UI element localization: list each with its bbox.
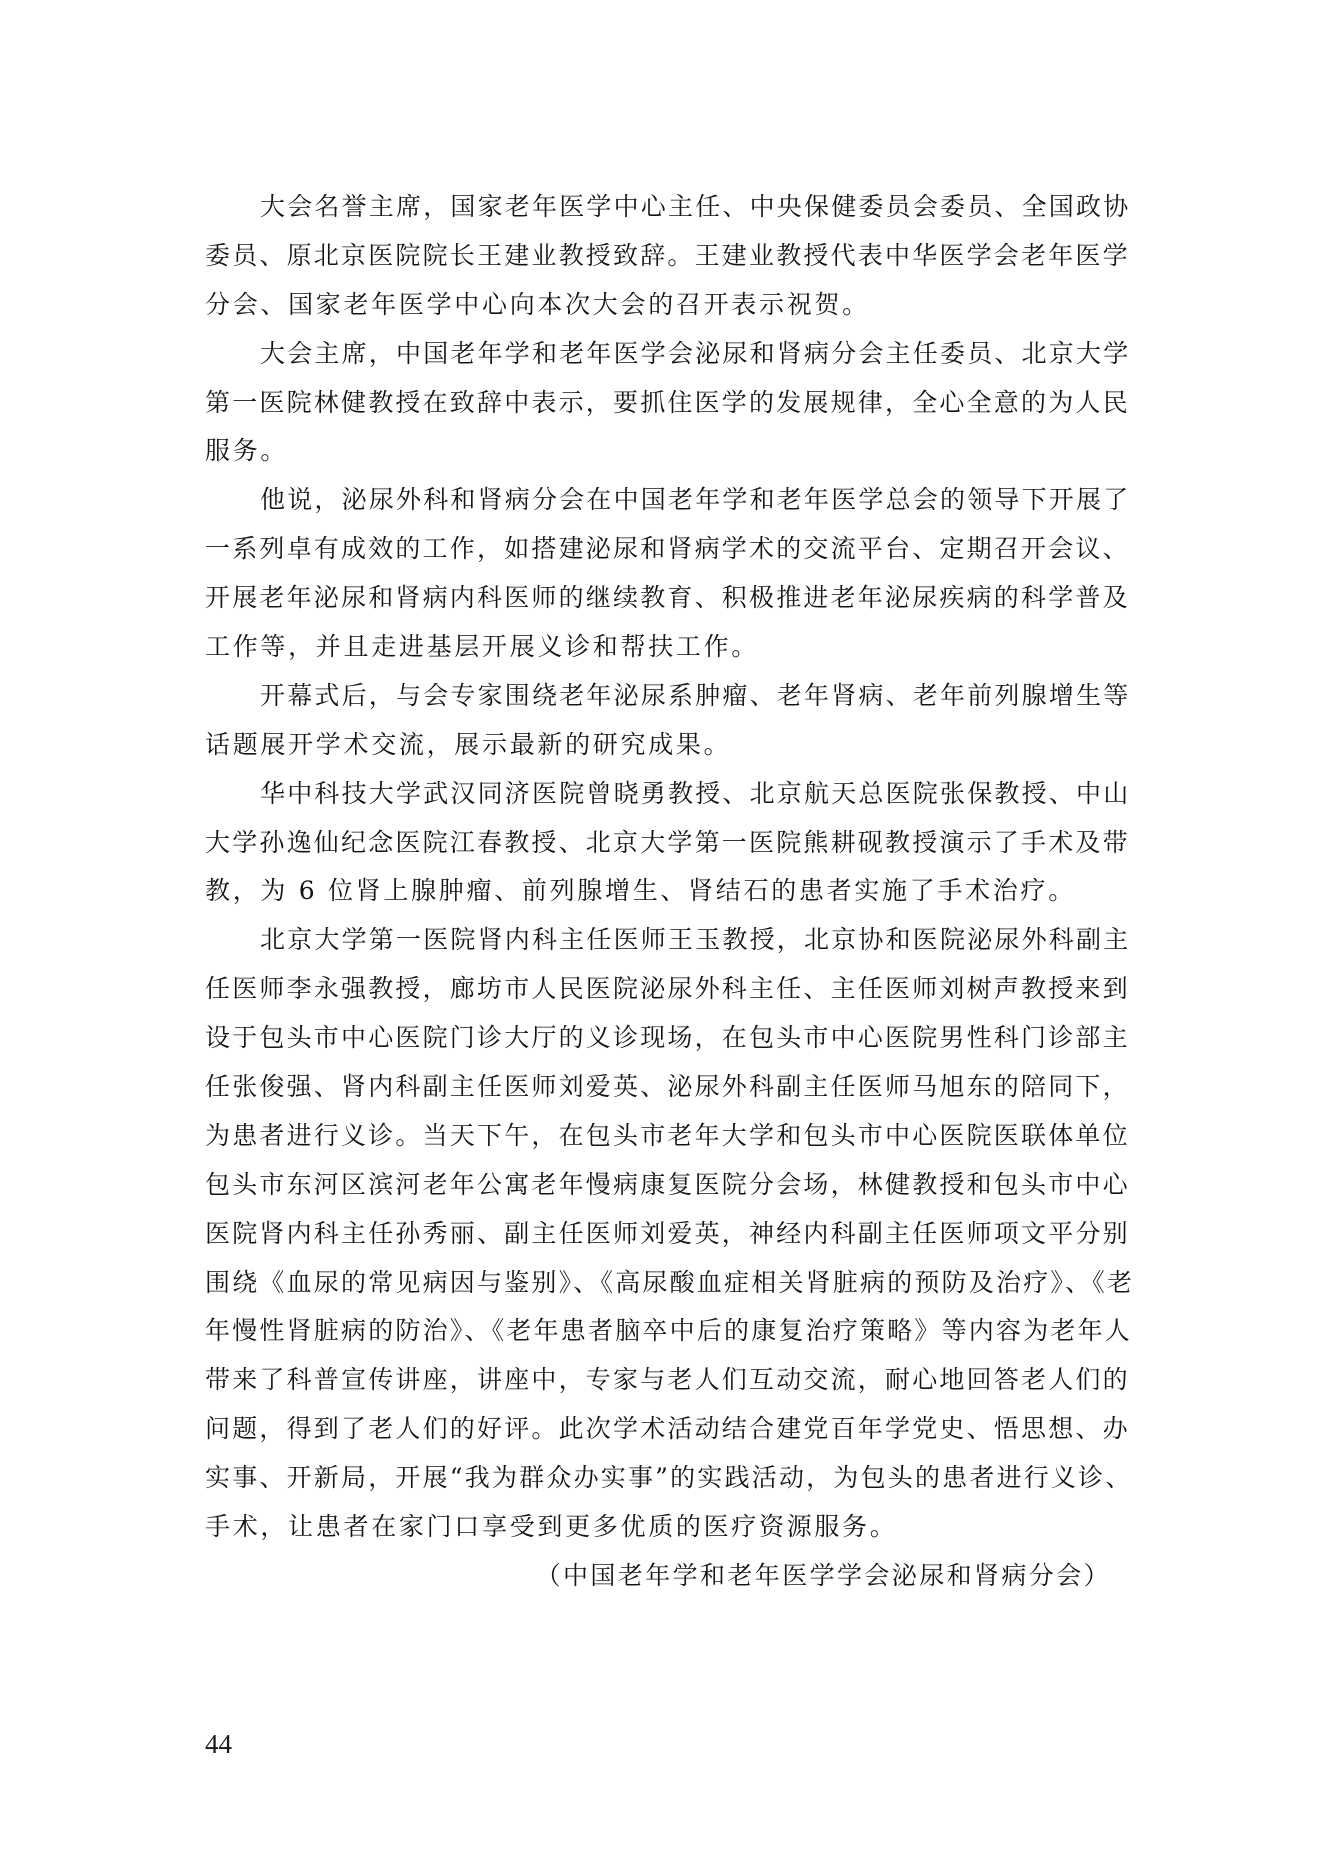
paragraph-branch-work: 他说，泌尿外科和肾病分会在中国老年学和老年医学总会的领导下开展了 一系列卓有成效… — [205, 476, 1119, 672]
text-line: 委员、原北京医院院长王建业教授致辞。王建业教授代表中华医学会老年医学 — [205, 232, 1119, 281]
paragraph-academic-exchange: 开幕式后，与会专家围绕老年泌尿系肿瘤、老年肾病、老年前列腺增生等 话题展开学术交… — [205, 672, 1119, 770]
text-line: 实事、开新局，开展“我为群众办实事”的实践活动，为包头的患者进行义诊、 — [205, 1454, 1119, 1503]
paragraph-surgery-demonstration: 华中科技大学武汉同济医院曾晓勇教授、北京航天总医院张保教授、中山 大学孙逸仙纪念… — [205, 770, 1119, 917]
text-line: 围绕《血尿的常见病因与鉴别》、《高尿酸血症相关肾脏病的预防及治疗》、《老 — [205, 1259, 1119, 1308]
text-line: 开展老年泌尿和肾病内科医师的继续教育、积极推进老年泌尿疾病的科学普及 — [205, 574, 1119, 623]
text-line: 服务。 — [205, 427, 1119, 476]
text-line: 手术，让患者在家门口享受到更多优质的医疗资源服务。 — [205, 1503, 1119, 1552]
text-line: 设于包头市中心医院门诊大厅的义诊现场，在包头市中心医院男性科门诊部主 — [205, 1014, 1119, 1063]
text-line: 分会、国家老年医学中心向本次大会的召开表示祝贺。 — [205, 281, 1119, 330]
text-line: 华中科技大学武汉同济医院曾晓勇教授、北京航天总医院张保教授、中山 — [205, 770, 1119, 819]
text-line: 话题展开学术交流，展示最新的研究成果。 — [205, 721, 1119, 770]
text-line: 教，为 6 位肾上腺肿瘤、前列腺增生、肾结石的患者实施了手术治疗。 — [205, 867, 1119, 916]
text-line: 任医师李永强教授，廊坊市人民医院泌尿外科主任、主任医师刘树声教授来到 — [205, 965, 1119, 1014]
text-line: 开幕式后，与会专家围绕老年泌尿系肿瘤、老年肾病、老年前列腺增生等 — [205, 672, 1119, 721]
text-line: 带来了科普宣传讲座，讲座中，专家与老人们互动交流，耐心地回答老人们的 — [205, 1356, 1119, 1405]
text-line: 一系列卓有成效的工作，如搭建泌尿和肾病学术的交流平台、定期召开会议、 — [205, 525, 1119, 574]
text-line: 大会名誉主席，国家老年医学中心主任、中央保健委员会委员、全国政协 — [205, 183, 1119, 232]
text-line: 任张俊强、肾内科副主任医师刘爱英、泌尿外科副主任医师马旭东的陪同下， — [205, 1063, 1119, 1112]
text-line: 北京大学第一医院肾内科主任医师王玉教授，北京协和医院泌尿外科副主 — [205, 916, 1119, 965]
text-line: 年慢性肾脏病的防治》、《老年患者脑卒中后的康复治疗策略》等内容为老年人 — [205, 1307, 1119, 1356]
text-line: 为患者进行义诊。当天下午，在包头市老年大学和包头市中心医院医联体单位 — [205, 1112, 1119, 1161]
source-attribution: （中国老年学和老年医学学会泌尿和肾病分会） — [205, 1552, 1119, 1601]
text-line: 医院肾内科主任孙秀丽、副主任医师刘爱英，神经内科副主任医师项文平分别 — [205, 1210, 1119, 1259]
text-line: 工作等，并且走进基层开展义诊和帮扶工作。 — [205, 623, 1119, 672]
paragraph-honorary-chair-speech: 大会名誉主席，国家老年医学中心主任、中央保健委员会委员、全国政协 委员、原北京医… — [205, 183, 1119, 330]
page-number: 44 — [205, 1728, 232, 1760]
text-line: 问题，得到了老人们的好评。此次学术活动结合建党百年学党史、悟思想、办 — [205, 1405, 1119, 1454]
document-body: 大会名誉主席，国家老年医学中心主任、中央保健委员会委员、全国政协 委员、原北京医… — [205, 183, 1119, 1601]
text-line: 他说，泌尿外科和肾病分会在中国老年学和老年医学总会的领导下开展了 — [205, 476, 1119, 525]
text-line: 大学孙逸仙纪念医院江春教授、北京大学第一医院熊耕砚教授演示了手术及带 — [205, 819, 1119, 868]
paragraph-chair-speech: 大会主席，中国老年学和老年医学会泌尿和肾病分会主任委员、北京大学 第一医院林健教… — [205, 330, 1119, 477]
text-line: 包头市东河区滨河老年公寓老年慢病康复医院分会场，林健教授和包头市中心 — [205, 1161, 1119, 1210]
text-line: 第一医院林健教授在致辞中表示，要抓住医学的发展规律，全心全意的为人民 — [205, 379, 1119, 428]
paragraph-free-clinic: 北京大学第一医院肾内科主任医师王玉教授，北京协和医院泌尿外科副主 任医师李永强教… — [205, 916, 1119, 1552]
text-line: 大会主席，中国老年学和老年医学会泌尿和肾病分会主任委员、北京大学 — [205, 330, 1119, 379]
